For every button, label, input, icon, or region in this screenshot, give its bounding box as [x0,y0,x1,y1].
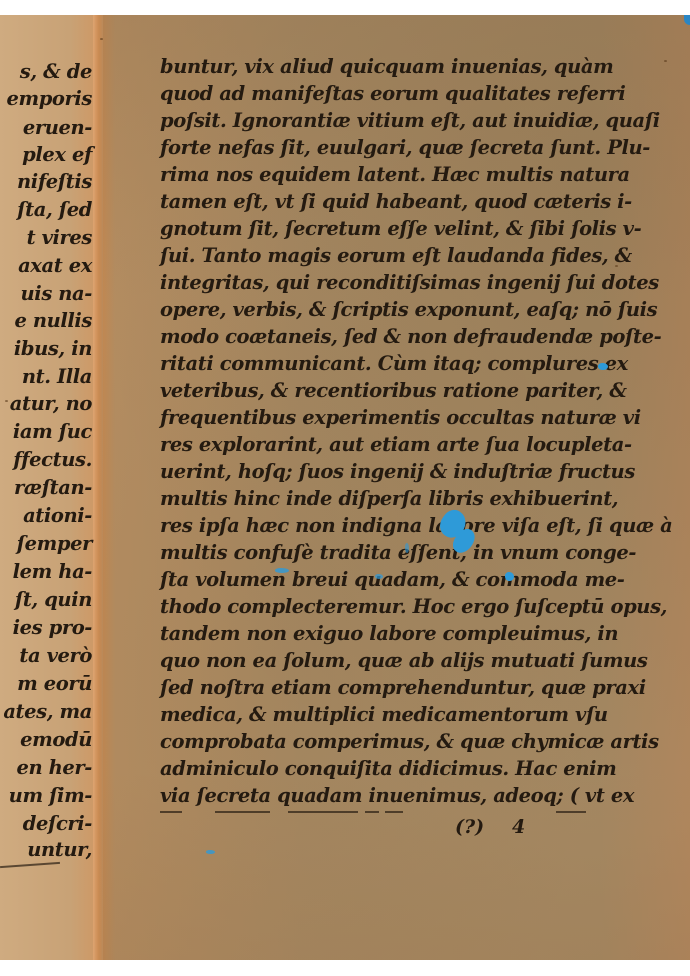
text-line: rima nos equidem latent. Hæc multis natu… [160,163,590,186]
text-line: opere, verbis, & ſcriptis exponunt, eaſq… [160,298,590,321]
left-line: untur, [27,838,92,861]
left-line: axat ex [18,254,92,277]
left-line: ræſtan- [14,476,92,499]
text-line: ritati communicant. Cùm itaq; complures … [160,352,590,375]
paper-speck [664,60,667,62]
paper-speck [100,38,103,40]
text-line: medica, & multiplici medicamentorum vſu [160,703,590,726]
text-line: res ipſa hæc non indigna labore viſa eſt… [160,514,590,537]
underline-mark [556,811,586,813]
text-line: tamen eſt, vt ſi quid habeant, quod cæte… [160,190,590,213]
text-line: adminiculo conquiſita didicimus. Hac eni… [160,757,590,780]
text-line: uerint, hoſq; ſuos ingenij & induſtriæ f… [160,460,590,483]
text-line: frequentibus experimentis occultas natur… [160,406,590,429]
text-line: tandem non exiguo labore compleuimus, in [160,622,590,645]
text-line: modo coætaneis, ſed & non defraudendæ po… [160,325,590,348]
left-line: e nullis [14,309,92,332]
left-line: um ſim- [9,784,92,807]
text-line: thodo complecteremur. Hoc ergo ſuſceptū … [160,595,590,618]
blue-stain [375,574,383,579]
left-line: ibus, in [14,337,92,360]
text-line: multis hinc inde diſperſa libris exhibue… [160,487,590,510]
text-line: buntur, vix aliud quicquam inuenias, quà… [160,55,590,78]
left-line: emporis [6,87,92,110]
text-line: poſsit. Ignorantiæ vitium eſt, aut inuid… [160,109,590,132]
left-line: ta verò [19,644,92,667]
underline-mark [160,811,182,813]
left-line: t vires [27,226,92,249]
paper-speck [5,400,8,402]
left-line: emodū [20,728,92,751]
signature-mark: (?) [455,816,484,838]
text-line: multis confuſè tradita eſſent, in vnum c… [160,541,590,564]
catchword-number: 4 [512,816,525,838]
text-line: ſui. Tanto magis eorum eſt laudanda fide… [160,244,590,267]
left-line: s, & de [20,60,92,83]
underline-mark [385,811,403,813]
left-line: deſcri- [23,812,92,835]
left-line: uis na- [21,282,92,305]
left-line: ſemper [17,532,92,555]
text-line: comprobata comperimus, & quæ chymicæ art… [160,730,590,753]
text-line: ſta volumen breui quadam, & commoda me- [160,568,590,591]
text-line: res explorarint, aut etiam arte ſua locu… [160,433,590,456]
text-line: via ſecreta quadam inuenimus, adeoq; ( v… [160,784,590,807]
blue-stain [505,572,514,581]
left-line: ies pro- [13,616,92,639]
text-line: veteribus, & recentioribus ratione parit… [160,379,590,402]
underline-mark [365,811,379,813]
left-line: en her- [16,756,92,779]
left-line: ationi- [23,504,92,527]
blue-stain [275,568,289,573]
left-line: nifeſtis [17,170,92,193]
left-line: eruen- [23,116,92,139]
left-line: ſta, ſed [17,198,92,221]
left-line: ſt, quin [15,588,92,611]
text-line: quo non ea ſolum, quæ ab alijs mutuati ſ… [160,649,590,672]
blue-stain [598,363,608,370]
left-line: iam ſuc [13,420,92,443]
text-line: ſed noſtra etiam comprehenduntur, quæ pr… [160,676,590,699]
paper-speck [615,265,618,267]
left-line: plex ef [22,143,92,166]
left-line: m eorū [17,672,92,695]
left-line: ffectus. [13,448,92,471]
left-line: ates, ma [3,700,92,723]
text-line: gnotum ſit, ſecretum eſſe velint, & ſibi… [160,217,590,240]
left-line: lem ha- [13,560,92,583]
text-line: integritas, qui reconditiſsimas ingenij … [160,271,590,294]
text-line: quod ad manifeſtas eorum qualitates refe… [160,82,590,105]
text-line: forte nefas ſit, euulgari, quæ ſecreta ſ… [160,136,590,159]
blue-stain [405,543,409,553]
book-gutter [93,15,103,960]
left-line: atur, no [10,392,92,415]
underline-mark [215,811,270,813]
blue-stain [206,850,215,854]
left-line: nt. Illa [22,365,92,388]
underline-mark [288,811,358,813]
